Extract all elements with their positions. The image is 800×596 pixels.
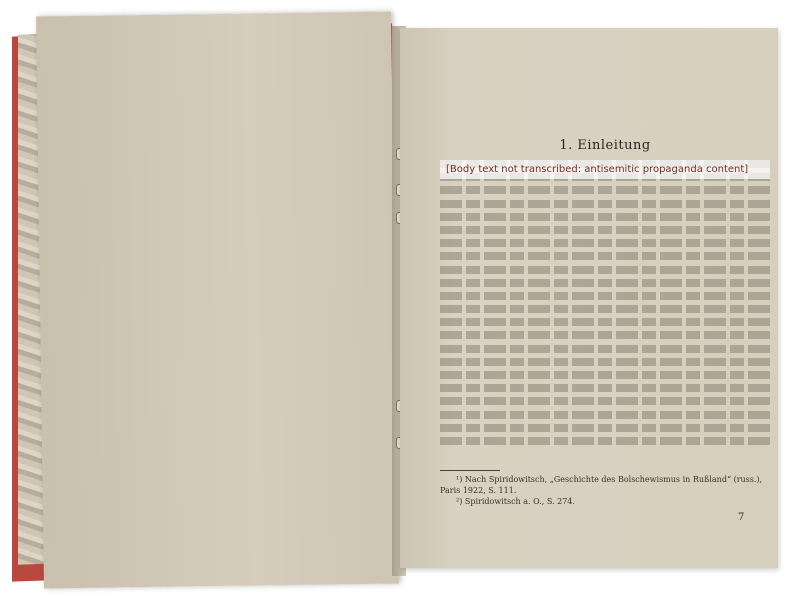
footnotes: ¹) Nach Spiridowitsch, „Geschichte des B…	[440, 474, 770, 507]
page-number: 7	[738, 512, 744, 523]
footnote-2: ²) Spiridowitsch a. O., S. 274.	[440, 496, 770, 507]
left-page-blank	[36, 12, 399, 589]
content-note: [Body text not transcribed: antisemitic …	[440, 160, 770, 179]
footnote-1: ¹) Nach Spiridowitsch, „Geschichte des B…	[440, 474, 770, 496]
chapter-heading: 1. Einleitung	[440, 138, 770, 153]
body-text-placeholder	[440, 160, 770, 455]
footnote-divider	[440, 470, 500, 471]
